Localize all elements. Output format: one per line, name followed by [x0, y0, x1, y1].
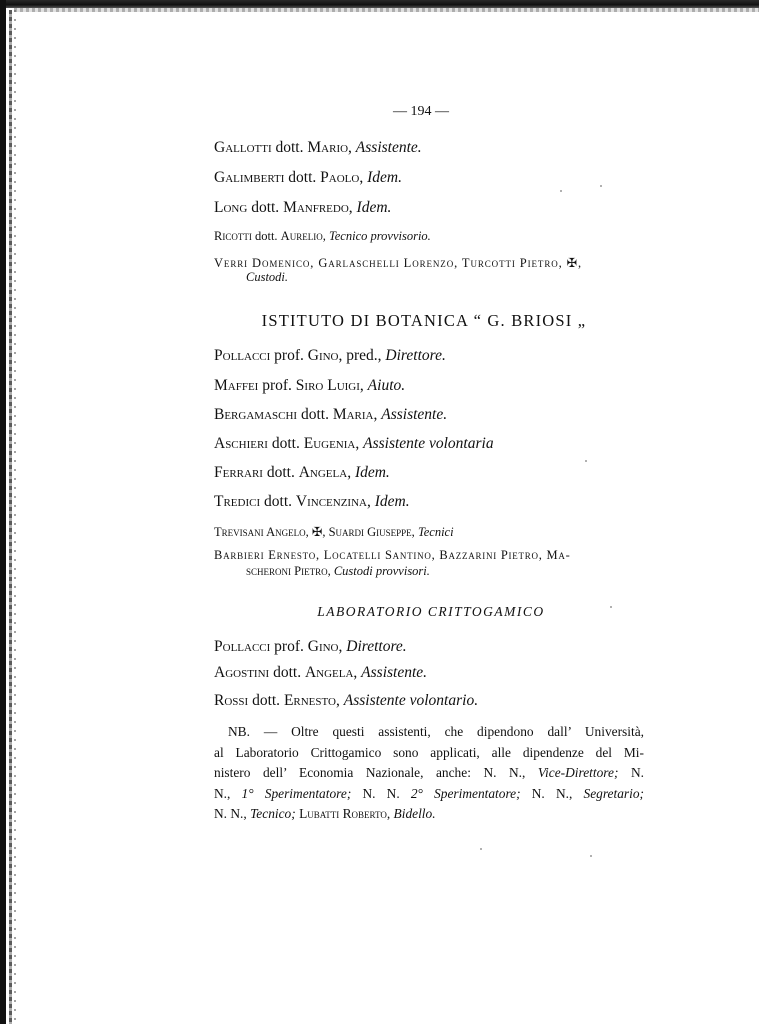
entry-title: prof.: [274, 347, 304, 364]
entry-name: Maria: [333, 406, 374, 423]
entry-title: dott.: [276, 139, 304, 156]
entry-role: Tecnico provvisorio.: [329, 229, 431, 243]
entry-role: Idem.: [375, 493, 410, 510]
entry-role: Idem.: [367, 169, 402, 186]
entry-bergamaschi: Bergamaschi dott. Maria, Assistente.: [214, 406, 447, 424]
note-text: N.,: [214, 786, 230, 801]
entry-name: Eugenia: [304, 435, 356, 452]
entry-rossi: Rossi dott. Ernesto, Assistente volontar…: [214, 692, 478, 710]
entry-aschieri: Aschieri dott. Eugenia, Assistente volon…: [214, 435, 494, 453]
scan-speck: [560, 190, 562, 192]
entry-name: Ernesto: [284, 692, 336, 709]
note-text: N. N.,: [214, 806, 247, 821]
entry-title: dott.: [264, 493, 292, 510]
entry-name: Paolo: [320, 169, 359, 186]
entry-ferrari: Ferrari dott. Angela, Idem.: [214, 464, 390, 482]
entry-role: Direttore.: [346, 638, 406, 655]
entry-name: Manfredo: [283, 199, 349, 216]
entry-title: prof.: [262, 377, 292, 394]
note-role: Vice-Direttore;: [538, 765, 619, 780]
tecnici-line: Trevisani Angelo, ✠, Suardi Giuseppe, Te…: [214, 524, 454, 540]
entry-title: prof.: [274, 638, 304, 655]
note-role: 2° Sperimentatore;: [411, 786, 521, 801]
note-role: 1° Sperimentatore;: [242, 786, 352, 801]
entry-surname: Ricotti: [214, 229, 252, 243]
entry-role: Assistente.: [356, 139, 422, 156]
entry-surname: Aschieri: [214, 435, 268, 452]
tecnici-role: Tecnici: [418, 525, 454, 539]
entry-role: Assistente volontaria: [363, 435, 493, 452]
entry-title: dott.: [288, 169, 316, 186]
custodi-names: scheroni Pietro,: [246, 564, 331, 578]
entry-name: Vincenzina: [296, 493, 367, 510]
entry-surname: Gallotti: [214, 139, 272, 156]
entry-title: dott.: [273, 664, 301, 681]
entry-surname: Pollacci: [214, 638, 270, 655]
scan-speck: [480, 848, 482, 850]
custodi-line-1: Verri Domenico, Garlaschelli Lorenzo, Tu…: [214, 255, 582, 271]
entry-pollacci: Pollacci prof. Gino, pred., Direttore.: [214, 347, 446, 365]
section-heading-botanica: ISTITUTO DI BOTANICA “ G. BRIOSI „: [0, 311, 759, 331]
entry-surname: Pollacci: [214, 347, 270, 364]
note-role: Tecnico;: [250, 806, 296, 821]
scan-speck: [585, 460, 587, 462]
note-text: N. N.: [362, 786, 399, 801]
entry-name: Angela: [305, 664, 353, 681]
entry-surname: Galimberti: [214, 169, 284, 186]
note-line-1: NB. — Oltre questi assistenti, che dipen…: [214, 722, 644, 743]
note-line-5: N. N., Tecnico; Lubatti Roberto, Bidello…: [214, 804, 644, 825]
entry-title: dott.: [251, 199, 279, 216]
entry-role: Assistente volontario.: [344, 692, 478, 709]
entry-surname: Agostini: [214, 664, 269, 681]
custodi-line-2: Custodi.: [246, 270, 288, 285]
entry-name: Siro Luigi: [296, 377, 360, 394]
note-line-3: nistero dell’ Economia Nazionale, anche:…: [214, 763, 644, 784]
note-role: Segretario;: [584, 786, 645, 801]
scan-speck: [610, 606, 612, 608]
note-role: Bidello.: [394, 806, 436, 821]
entry-name: Angela: [299, 464, 347, 481]
section-heading-laboratorio: LABORATORIO CRITTOGAMICO: [0, 604, 759, 620]
entry-role: Assistente.: [381, 406, 447, 423]
page-number: — 194 —: [0, 104, 759, 120]
entry-role: Direttore.: [385, 347, 445, 364]
custodi-role: Custodi provvisori.: [334, 564, 430, 578]
entry-surname: Long: [214, 199, 247, 216]
entry-ricotti: Ricotti dott. Aurelio, Tecnico provvisor…: [214, 229, 431, 244]
custodi-provvisori-line-2: scheroni Pietro, Custodi provvisori.: [246, 564, 430, 579]
entry-role: Idem.: [357, 199, 392, 216]
document-page: — 194 — Gallotti dott. Mario, Assistente…: [0, 0, 759, 1024]
entry-galimberti: Galimberti dott. Paolo, Idem.: [214, 169, 402, 187]
note-name: Lubatti Roberto,: [299, 806, 390, 821]
entry-role: Aiuto.: [368, 377, 405, 394]
note-line-4: N., 1° Sperimentatore; N. N. 2° Sperimen…: [214, 784, 644, 805]
note-paragraph: NB. — Oltre questi assistenti, che dipen…: [214, 722, 644, 825]
entry-maffei: Maffei prof. Siro Luigi, Aiuto.: [214, 377, 405, 395]
note-text: N. N.,: [532, 786, 573, 801]
entry-name: Gino: [308, 638, 339, 655]
custodi-provvisori-line-1: Barbieri Ernesto, Locatelli Santino, Baz…: [214, 548, 571, 563]
entry-agostini: Agostini dott. Angela, Assistente.: [214, 664, 427, 682]
entry-title: dott.: [255, 229, 278, 243]
entry-gallotti: Gallotti dott. Mario, Assistente.: [214, 139, 422, 157]
note-text: nistero dell’ Economia Nazionale, anche:…: [214, 765, 525, 780]
entry-role: Idem.: [355, 464, 390, 481]
entry-title: dott.: [272, 435, 300, 452]
entry-surname: Rossi: [214, 692, 248, 709]
entry-title: dott.: [301, 406, 329, 423]
note-text: N.: [631, 765, 644, 780]
entry-surname: Tredici: [214, 493, 260, 510]
entry-extra: pred.,: [346, 347, 381, 364]
entry-tredici: Tredici dott. Vincenzina, Idem.: [214, 493, 410, 511]
tecnici-names: Trevisani Angelo, ✠, Suardi Giuseppe,: [214, 525, 415, 539]
note-line-2: al Laboratorio Crittogamico sono applica…: [214, 743, 644, 764]
entry-name: Aurelio: [281, 229, 323, 243]
entry-title: dott.: [252, 692, 280, 709]
entry-long: Long dott. Manfredo, Idem.: [214, 199, 391, 217]
entry-pollacci-lab: Pollacci prof. Gino, Direttore.: [214, 638, 407, 656]
entry-surname: Maffei: [214, 377, 258, 394]
entry-name: Gino: [308, 347, 339, 364]
entry-role: Assistente.: [361, 664, 427, 681]
entry-surname: Bergamaschi: [214, 406, 297, 423]
scan-speck: [600, 185, 602, 187]
scan-speck: [590, 855, 592, 857]
entry-surname: Ferrari: [214, 464, 263, 481]
entry-title: dott.: [267, 464, 295, 481]
entry-name: Mario: [307, 139, 348, 156]
